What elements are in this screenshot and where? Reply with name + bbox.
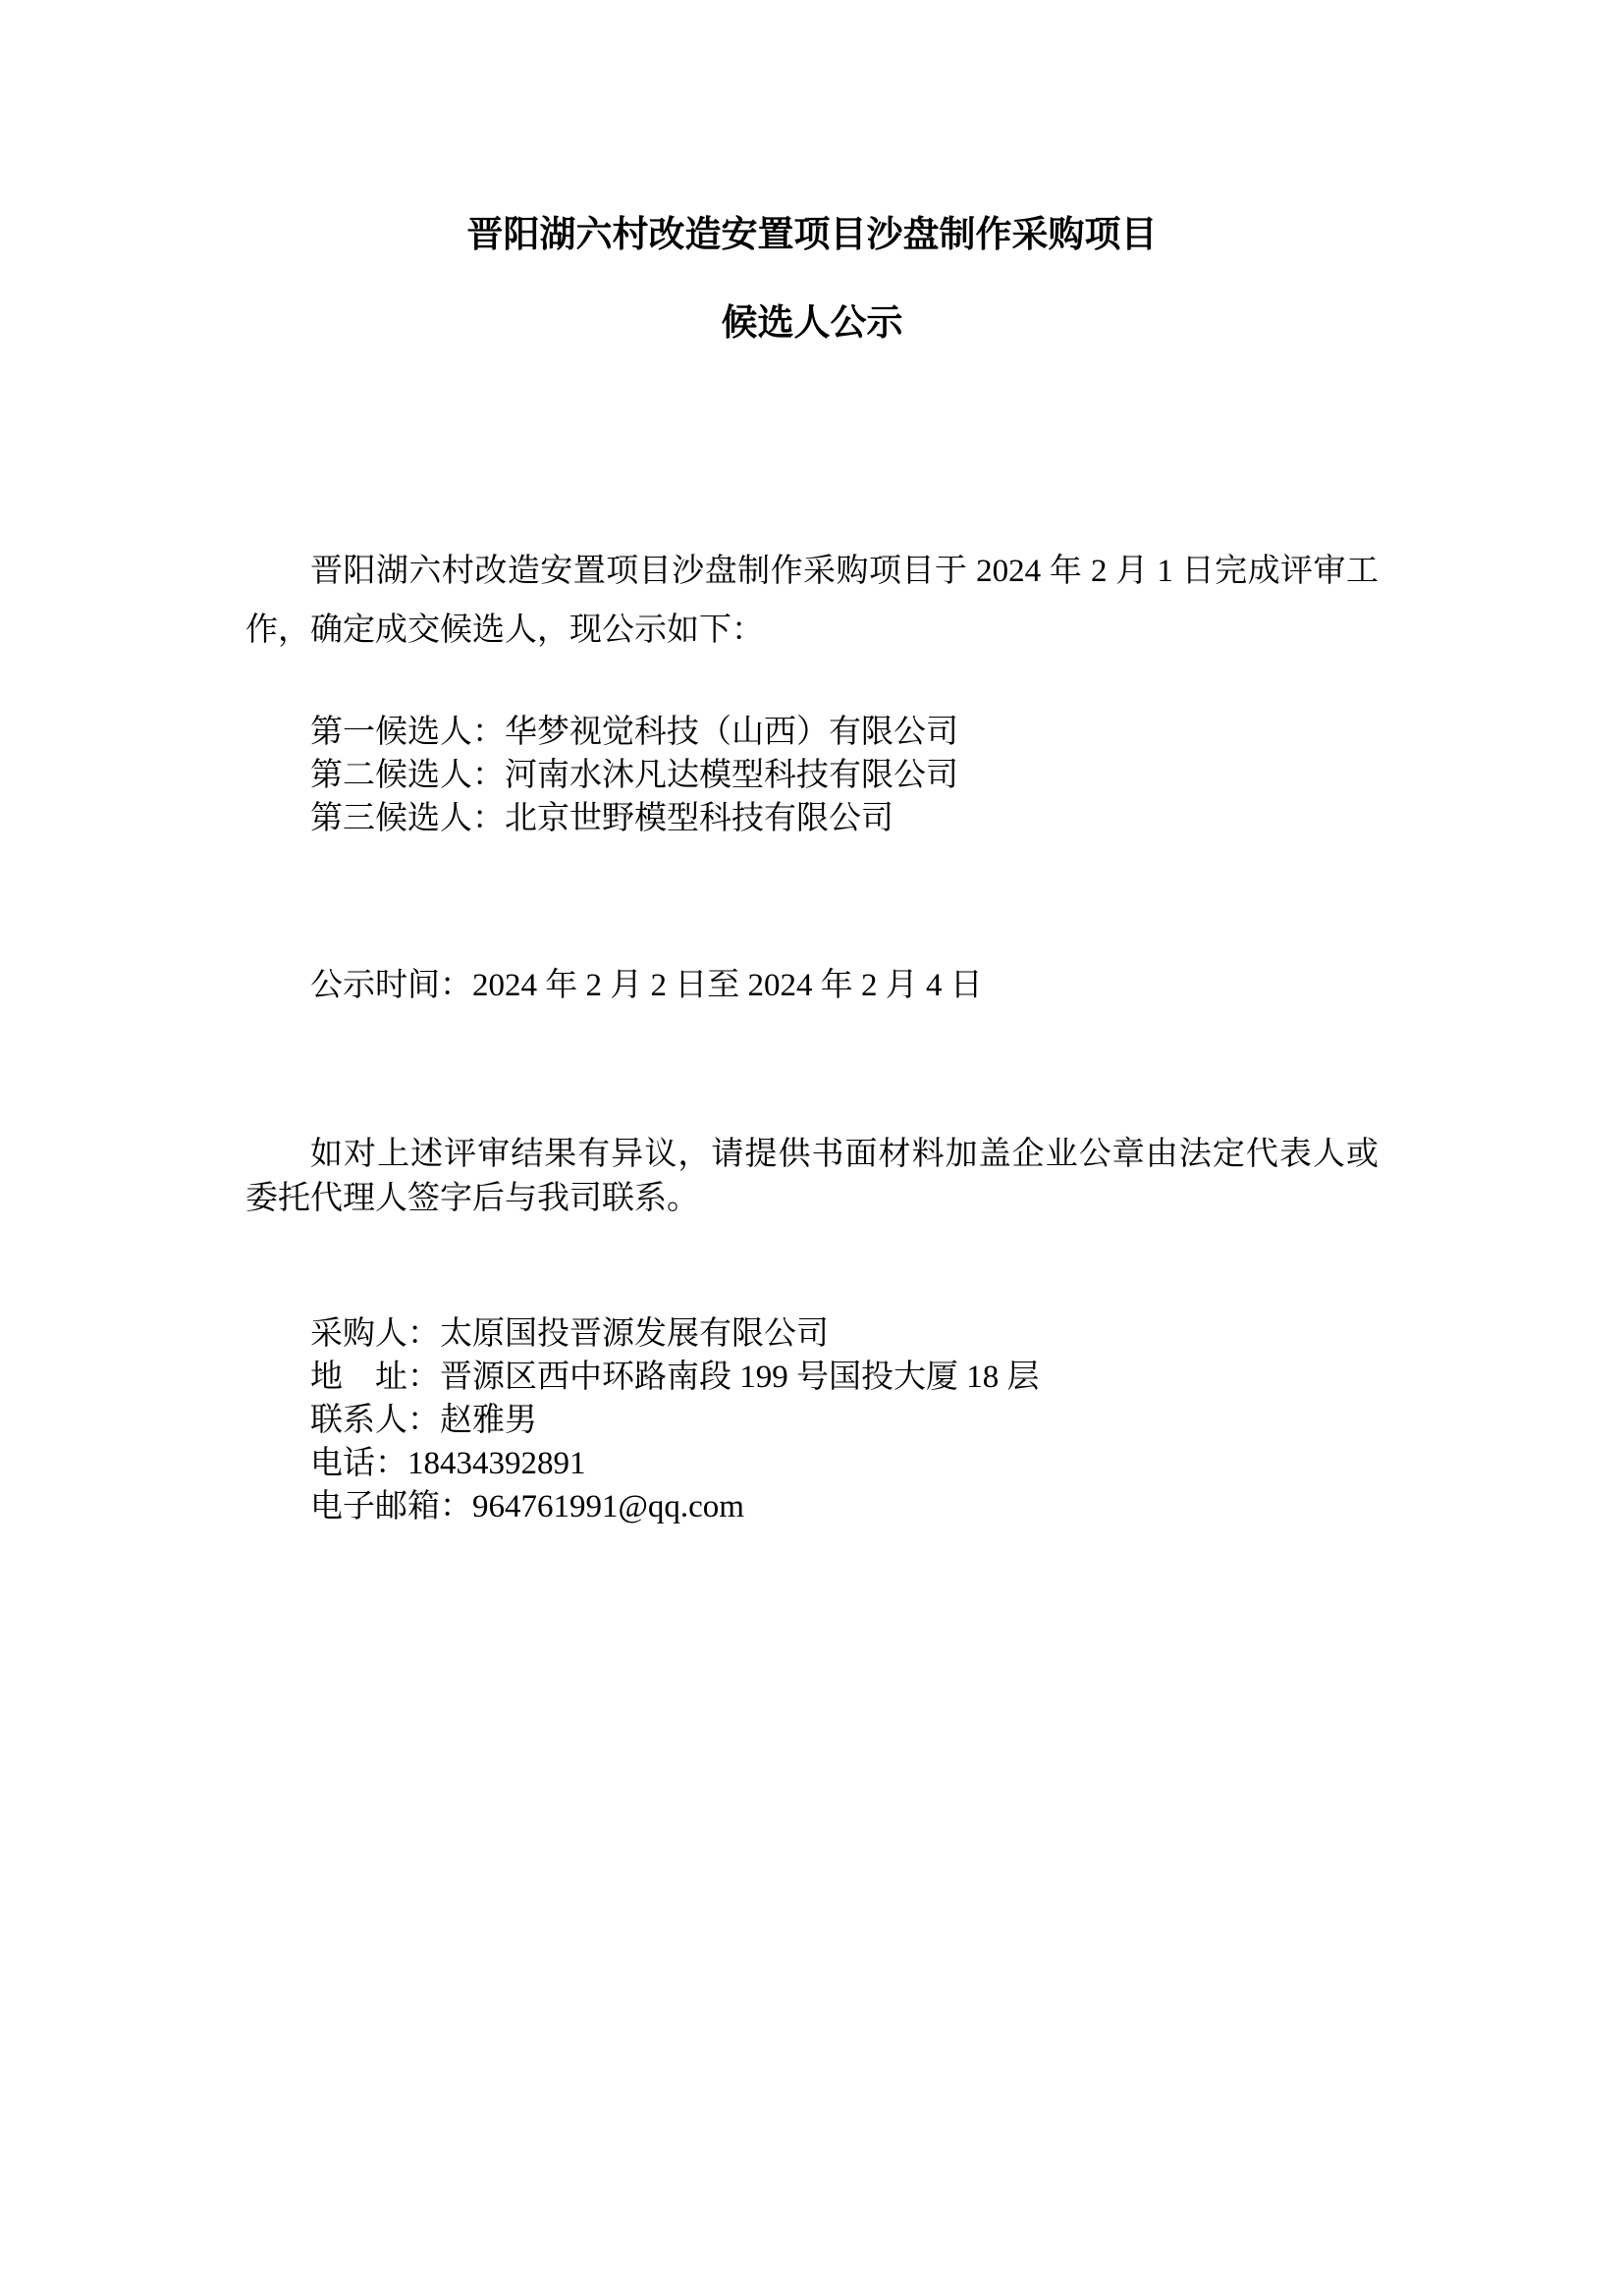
- contact-block: 采购人：太原国投晋源发展有限公司 地 址：晋源区西中环路南段 199 号国投大厦…: [245, 1312, 1379, 1528]
- buyer-line: 采购人：太原国投晋源发展有限公司: [310, 1312, 1379, 1356]
- email-line: 电子邮箱：964761991@qq.com: [310, 1485, 1379, 1528]
- document-title: 晋阳湖六村改造安置项目沙盘制作采购项目: [245, 214, 1379, 257]
- candidate-line-2: 第二候选人：河南水沐凡达模型科技有限公司: [310, 754, 1379, 797]
- publicity-period: 公示时间：2024 年 2 月 2 日至 2024 年 2 月 4 日: [245, 964, 1379, 1007]
- contact-person-line: 联系人：赵雅男: [310, 1399, 1379, 1442]
- candidate-line-3: 第三候选人：北京世野模型科技有限公司: [310, 797, 1379, 840]
- candidate-list: 第一候选人：华梦视觉科技（山西）有限公司 第二候选人：河南水沐凡达模型科技有限公…: [245, 711, 1379, 840]
- intro-paragraph: 晋阳湖六村改造安置项目沙盘制作采购项目于 2024 年 2 月 1 日完成评审工…: [245, 542, 1379, 660]
- document-page: 晋阳湖六村改造安置项目沙盘制作采购项目 候选人公示 晋阳湖六村改造安置项目沙盘制…: [0, 0, 1624, 2296]
- document-subtitle: 候选人公示: [245, 302, 1379, 346]
- address-line: 地 址：晋源区西中环路南段 199 号国投大厦 18 层: [310, 1356, 1379, 1399]
- phone-line: 电话：18434392891: [310, 1442, 1379, 1485]
- candidate-line-1: 第一候选人：华梦视觉科技（山西）有限公司: [310, 711, 1379, 754]
- objection-notice: 如对上述评审结果有异议，请提供书面材料加盖企业公章由法定代表人或委托代理人签字后…: [245, 1133, 1379, 1221]
